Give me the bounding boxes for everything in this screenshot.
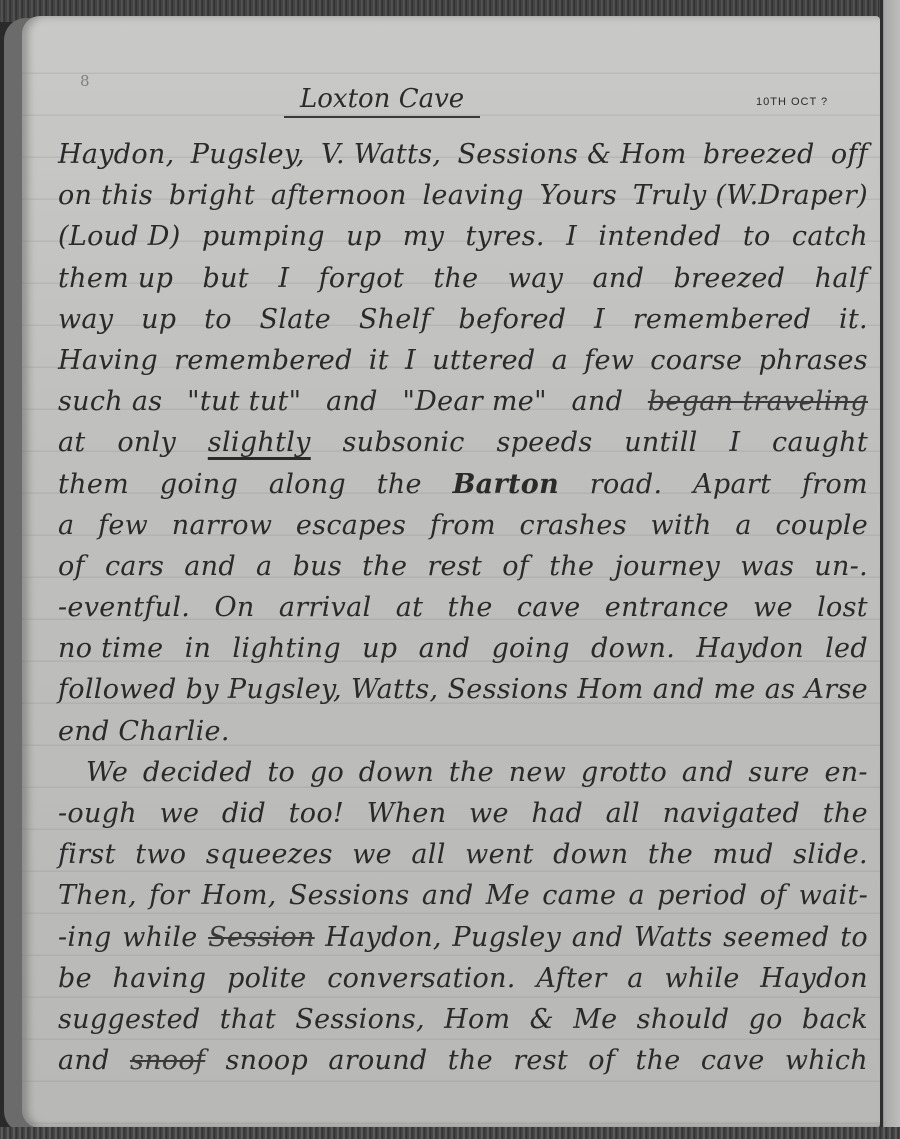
word: Slate bbox=[260, 299, 332, 340]
entry-date: 10TH OCT ? bbox=[756, 96, 828, 108]
text-line: -eventful.Onarrivalatthecaveentrancewelo… bbox=[58, 587, 868, 628]
word: Shelf bbox=[359, 299, 431, 340]
word: up bbox=[141, 299, 176, 340]
word: of bbox=[588, 1040, 615, 1081]
word: me bbox=[714, 669, 756, 710]
word: way bbox=[508, 258, 563, 299]
word: the bbox=[823, 793, 868, 834]
word: lighting bbox=[232, 628, 341, 669]
word: un-. bbox=[814, 546, 868, 587]
notebook-spine bbox=[880, 0, 883, 1139]
word: the bbox=[433, 258, 478, 299]
handwritten-body: Haydon,Pugsley,V. Watts,Sessions & Hombr… bbox=[58, 134, 868, 1081]
word: had bbox=[531, 793, 583, 834]
word: way bbox=[58, 299, 113, 340]
word: -ing bbox=[58, 917, 112, 958]
word: and bbox=[422, 875, 474, 916]
word: "Dear me" bbox=[402, 381, 546, 422]
word: On bbox=[214, 587, 254, 628]
word: in bbox=[185, 628, 212, 669]
word: & bbox=[530, 999, 554, 1040]
word: we bbox=[160, 793, 200, 834]
word: my bbox=[403, 216, 444, 257]
word: escapes bbox=[296, 505, 406, 546]
page-title: Loxton Cave bbox=[284, 84, 480, 118]
word: en- bbox=[824, 752, 867, 793]
text-line: them upbutIforgotthewayandbreezedhalf bbox=[58, 258, 868, 299]
word: caught bbox=[772, 422, 868, 463]
text-line: Wedecidedtogodownthenewgrottoandsureen- bbox=[58, 752, 868, 793]
text-line: on thisbrightafternoonleavingYoursTruly … bbox=[58, 175, 868, 216]
word: led bbox=[825, 628, 868, 669]
word: the bbox=[448, 1040, 493, 1081]
word: down bbox=[553, 834, 628, 875]
word: sure bbox=[748, 752, 809, 793]
word: on this bbox=[58, 175, 153, 216]
word: -eventful. bbox=[58, 587, 190, 628]
word: we bbox=[352, 834, 392, 875]
word: the bbox=[448, 587, 493, 628]
word: a bbox=[629, 875, 645, 916]
word: and bbox=[593, 258, 645, 299]
word: back bbox=[802, 999, 868, 1040]
word: that bbox=[220, 999, 276, 1040]
word: Hom bbox=[577, 669, 643, 710]
word: tyres. bbox=[466, 216, 545, 257]
word: V. Watts, bbox=[321, 134, 441, 175]
word: forgot bbox=[319, 258, 404, 299]
word: slide. bbox=[793, 834, 868, 875]
word: a bbox=[58, 505, 74, 546]
word: too! bbox=[289, 793, 344, 834]
text-line: wayuptoSlateShelfbeforedIrememberedit. bbox=[58, 299, 868, 340]
word: Sessions bbox=[448, 669, 569, 710]
word: polite bbox=[227, 958, 306, 999]
word: and bbox=[653, 669, 705, 710]
word: decided bbox=[143, 752, 253, 793]
word: at bbox=[396, 587, 424, 628]
word: and bbox=[571, 381, 623, 422]
text-line: ofcarsandabustherestofthejourneywasun-. bbox=[58, 546, 868, 587]
word: half bbox=[815, 258, 868, 299]
word: a bbox=[627, 958, 643, 999]
word: them bbox=[58, 464, 129, 505]
word: and bbox=[572, 917, 624, 958]
word: leaving bbox=[422, 175, 523, 216]
word: road. bbox=[590, 464, 663, 505]
word: off bbox=[831, 134, 868, 175]
word: entrance bbox=[605, 587, 729, 628]
word: which bbox=[785, 1040, 868, 1081]
word: of bbox=[760, 875, 787, 916]
word: few bbox=[584, 340, 634, 381]
word: Haydon bbox=[760, 958, 868, 999]
word: Haydon bbox=[696, 628, 804, 669]
word: the bbox=[648, 834, 693, 875]
word: slightly bbox=[208, 422, 311, 463]
word: end Charlie. bbox=[58, 711, 230, 752]
word: journey bbox=[614, 546, 720, 587]
word: crashes bbox=[520, 505, 627, 546]
word: two bbox=[135, 834, 186, 875]
word: all bbox=[606, 793, 640, 834]
word: as bbox=[765, 669, 796, 710]
text-line: HavingremembereditIutteredafewcoarsephra… bbox=[58, 340, 868, 381]
word: I bbox=[729, 422, 740, 463]
text-line: no timeinlightingupandgoingdown.Haydonle… bbox=[58, 628, 868, 669]
word: Me bbox=[573, 999, 617, 1040]
word: a bbox=[552, 340, 568, 381]
text-line: atonlyslightlysubsonicspeedsuntillIcaugh… bbox=[58, 422, 868, 463]
word: it. bbox=[839, 299, 868, 340]
word: rest bbox=[513, 1040, 568, 1081]
word: should bbox=[637, 999, 730, 1040]
notebook-page: 8 Loxton Cave 10TH OCT ? Haydon,Pugsley,… bbox=[22, 16, 880, 1128]
word: such as bbox=[58, 381, 162, 422]
word: After bbox=[536, 958, 606, 999]
word: rest bbox=[427, 546, 482, 587]
word: Haydon, bbox=[325, 917, 442, 958]
text-line: suggestedthatSessions,Hom&Meshouldgoback bbox=[58, 999, 868, 1040]
word: to bbox=[840, 917, 868, 958]
word: uttered bbox=[432, 340, 535, 381]
struck-word: snoof bbox=[130, 1040, 205, 1081]
word: When bbox=[367, 793, 447, 834]
word: bright bbox=[169, 175, 255, 216]
word: I bbox=[405, 340, 416, 381]
text-line: followedbyPugsley,Watts,SessionsHomandme… bbox=[58, 669, 868, 710]
word: followed bbox=[58, 669, 177, 710]
word: We bbox=[86, 752, 128, 793]
text-line: -ingwhileSessionHaydon,PugsleyandWattsse… bbox=[58, 917, 868, 958]
page-number: 8 bbox=[80, 72, 90, 90]
word: go bbox=[749, 999, 783, 1040]
fabric-background-bottom bbox=[0, 1127, 900, 1139]
word: wait- bbox=[799, 875, 868, 916]
word: by bbox=[186, 669, 219, 710]
word: conversation. bbox=[327, 958, 515, 999]
word: down. bbox=[591, 628, 675, 669]
word: from bbox=[802, 464, 868, 505]
text-line: Then,forHom,SessionsandMecameaperiodofwa… bbox=[58, 875, 868, 916]
word: Haydon, bbox=[58, 134, 175, 175]
text-line: themgoingalongtheBartonroad.Apartfrom bbox=[58, 464, 868, 505]
word: Apart bbox=[693, 464, 771, 505]
word: Pugsley, bbox=[191, 134, 305, 175]
word: catch bbox=[792, 216, 868, 257]
word: we bbox=[753, 587, 793, 628]
word: few bbox=[98, 505, 148, 546]
word: first bbox=[58, 834, 116, 875]
word: remembered bbox=[633, 299, 812, 340]
word: Sessions, bbox=[295, 999, 425, 1040]
word: Arse bbox=[804, 669, 867, 710]
word: Then, bbox=[58, 875, 137, 916]
word: from bbox=[430, 505, 496, 546]
word: coarse bbox=[650, 340, 742, 381]
word: Sessions bbox=[289, 875, 410, 916]
text-line: (Loud D)pumpingupmytyres.Iintendedtocatc… bbox=[58, 216, 868, 257]
word: while bbox=[664, 958, 739, 999]
word: seemed bbox=[723, 917, 829, 958]
word: was bbox=[740, 546, 794, 587]
struck-word: began traveling bbox=[648, 381, 868, 422]
word: navigated bbox=[663, 793, 801, 834]
word: the bbox=[635, 1040, 680, 1081]
word: for bbox=[149, 875, 189, 916]
word: around bbox=[328, 1040, 427, 1081]
word: suggested bbox=[58, 999, 200, 1040]
word: cave bbox=[517, 587, 581, 628]
word: and bbox=[419, 628, 471, 669]
word: down bbox=[359, 752, 434, 793]
word: up bbox=[362, 628, 397, 669]
word: and bbox=[326, 381, 378, 422]
word: no time bbox=[58, 628, 163, 669]
word: remembered bbox=[174, 340, 353, 381]
word: to bbox=[267, 752, 295, 793]
word: bus bbox=[293, 546, 342, 587]
word: while bbox=[122, 917, 197, 958]
word: intended bbox=[598, 216, 721, 257]
text-line: behavingpoliteconversation.AfterawhileHa… bbox=[58, 958, 868, 999]
word: having bbox=[113, 958, 207, 999]
word: I bbox=[278, 258, 289, 299]
word: of bbox=[502, 546, 529, 587]
word: snoop bbox=[226, 1040, 309, 1081]
word: going bbox=[491, 628, 569, 669]
word: with bbox=[651, 505, 712, 546]
word: subsonic bbox=[343, 422, 465, 463]
word: the bbox=[377, 464, 422, 505]
text-line: firsttwosqueezesweallwentdownthemudslide… bbox=[58, 834, 868, 875]
word: but bbox=[203, 258, 249, 299]
word: to bbox=[743, 216, 771, 257]
word: went bbox=[465, 834, 534, 875]
word: cave bbox=[701, 1040, 765, 1081]
text-line: -oughwedidtoo!Whenwehadallnavigatedthe bbox=[58, 793, 868, 834]
word: Me bbox=[486, 875, 530, 916]
word: lost bbox=[817, 587, 868, 628]
struck-word: Session bbox=[208, 917, 315, 958]
word: and bbox=[682, 752, 734, 793]
word: came bbox=[542, 875, 616, 916]
text-line: andsnoofsnooparoundtherestofthecavewhich bbox=[58, 1040, 868, 1081]
word: "tut tut" bbox=[187, 381, 301, 422]
word: phrases bbox=[758, 340, 867, 381]
word: at bbox=[58, 422, 86, 463]
word: a bbox=[735, 505, 751, 546]
word: Watts bbox=[634, 917, 713, 958]
word: the bbox=[362, 546, 407, 587]
word: Sessions & Hom bbox=[457, 134, 686, 175]
word: squeezes bbox=[206, 834, 333, 875]
word: Having bbox=[58, 340, 158, 381]
word: Watts, bbox=[351, 669, 438, 710]
word: (Loud D) bbox=[58, 216, 181, 257]
word: them up bbox=[58, 258, 173, 299]
word: breezed bbox=[674, 258, 786, 299]
word: Truly (W.Draper) bbox=[633, 175, 868, 216]
word: Hom bbox=[444, 999, 510, 1040]
text-line: such as"tut tut"and"Dear me"andbegan tra… bbox=[58, 381, 868, 422]
word: I bbox=[566, 216, 577, 257]
word: period bbox=[657, 875, 747, 916]
notebook-photo: 8 Loxton Cave 10TH OCT ? Haydon,Pugsley,… bbox=[0, 0, 900, 1139]
word: -ough bbox=[58, 793, 137, 834]
word: the bbox=[549, 546, 594, 587]
word: did bbox=[222, 793, 266, 834]
word: I bbox=[594, 299, 605, 340]
word: pumping bbox=[202, 216, 325, 257]
word: to bbox=[204, 299, 232, 340]
word: we bbox=[469, 793, 509, 834]
word: and bbox=[58, 1040, 110, 1081]
word: speeds bbox=[496, 422, 592, 463]
word: a bbox=[256, 546, 272, 587]
word: only bbox=[117, 422, 176, 463]
text-line: afewnarrowescapesfromcrasheswithacouple bbox=[58, 505, 868, 546]
text-line: end Charlie. bbox=[58, 711, 868, 752]
word: the bbox=[449, 752, 494, 793]
word: breezed bbox=[703, 134, 815, 175]
word: Pugsley, bbox=[228, 669, 342, 710]
word: be bbox=[58, 958, 92, 999]
word: it bbox=[369, 340, 389, 381]
word: narrow bbox=[172, 505, 272, 546]
word: all bbox=[411, 834, 445, 875]
text-line: Haydon,Pugsley,V. Watts,Sessions & Hombr… bbox=[58, 134, 868, 175]
word: cars bbox=[105, 546, 164, 587]
word: Hom, bbox=[201, 875, 276, 916]
word: befored bbox=[459, 299, 567, 340]
word: Barton bbox=[453, 464, 559, 505]
word: mud bbox=[712, 834, 773, 875]
word: along bbox=[269, 464, 346, 505]
word: afternoon bbox=[271, 175, 407, 216]
word: going bbox=[160, 464, 238, 505]
word: go bbox=[310, 752, 344, 793]
word: and bbox=[184, 546, 236, 587]
word: new bbox=[509, 752, 566, 793]
word: couple bbox=[776, 505, 868, 546]
word: untill bbox=[624, 422, 697, 463]
word: grotto bbox=[581, 752, 667, 793]
word: arrival bbox=[279, 587, 372, 628]
word: of bbox=[58, 546, 85, 587]
word: Pugsley bbox=[452, 917, 561, 958]
word: Yours bbox=[540, 175, 617, 216]
word: up bbox=[346, 216, 381, 257]
